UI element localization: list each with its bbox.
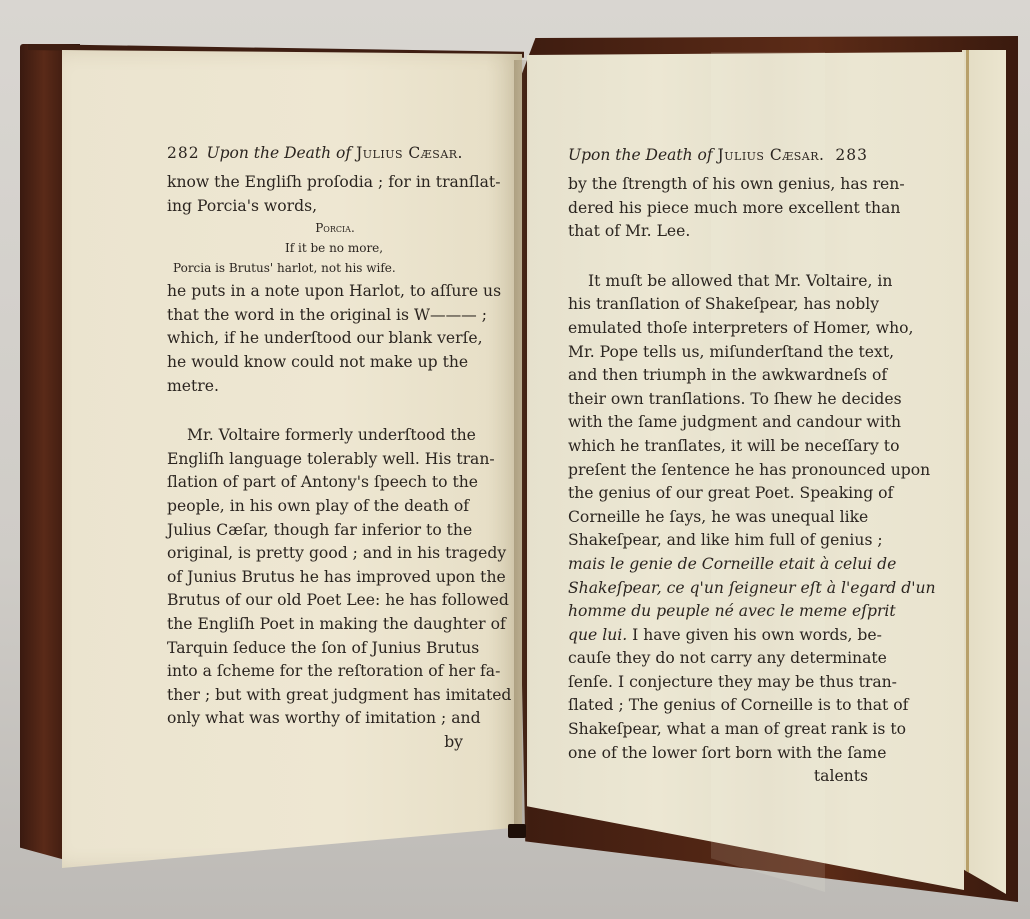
text-line: people, in his own play of the death of bbox=[167, 495, 463, 519]
left-running-head: 282 Upon the Death of Julius Cæsar. bbox=[167, 143, 463, 163]
text-line: dered his piece much more excellent than bbox=[568, 197, 868, 221]
french-quote-end: que lui. bbox=[568, 626, 627, 644]
text-line: of Junius Brutus he has improved upon th… bbox=[167, 566, 463, 590]
text-line: Mr. Pope tells us, miſunderſtand the tex… bbox=[568, 341, 868, 365]
text-line: ing Porcia's words, bbox=[167, 195, 463, 219]
text-line: the genius of our great Poet. Speaking o… bbox=[568, 482, 868, 506]
running-head-caps: Julius Cæsar. bbox=[356, 144, 463, 162]
text-line: emulated thoſe interpreters of Homer, wh… bbox=[568, 317, 868, 341]
text-line: his tranſlation of Shakeſpear, has nobly bbox=[568, 293, 868, 317]
text-line: preſent the ſentence he has pronounced u… bbox=[568, 459, 868, 483]
text-line: he would know could not make up the bbox=[167, 351, 463, 375]
text-line: ſenſe. I conjecture they may be thus tra… bbox=[568, 671, 868, 695]
text-line: que lui. I have given his own words, be- bbox=[568, 624, 868, 648]
text-line: know the Engliſh proſodia ; for in tranſ… bbox=[167, 171, 463, 195]
text-line: he puts in a note upon Harlot, to aſſure… bbox=[167, 280, 463, 304]
catchword: by bbox=[167, 731, 463, 755]
book-gutter bbox=[514, 60, 530, 830]
text-line: original, is pretty good ; and in his tr… bbox=[167, 542, 463, 566]
text-line: Shakeſpear, what a man of great rank is … bbox=[568, 718, 868, 742]
left-page-text: 282 Upon the Death of Julius Cæsar. know… bbox=[167, 143, 463, 754]
right-page-text: Upon the Death of Julius Cæsar. 283 by t… bbox=[568, 145, 868, 789]
french-quote-line: mais le genie de Corneille etait à celui… bbox=[568, 553, 868, 577]
text-line: and then triumph in the awkwardneſs of bbox=[568, 364, 868, 388]
right-running-head: Upon the Death of Julius Cæsar. 283 bbox=[568, 145, 868, 165]
french-quote-line: Shakeſpear, ce q'un ſeigneur eſt à l'ega… bbox=[568, 577, 868, 601]
page-number: 283 bbox=[835, 145, 868, 165]
text-line: only what was worthy of imitation ; and bbox=[167, 707, 463, 731]
text-line: ſlated ; The genius of Corneille is to t… bbox=[568, 694, 868, 718]
text-line: cauſe they do not carry any determinate bbox=[568, 647, 868, 671]
text-line: metre. bbox=[167, 375, 463, 399]
text-line: by the ſtrength of his own genius, has r… bbox=[568, 173, 868, 197]
text-line: the Engliſh Poet in making the daughter … bbox=[167, 613, 463, 637]
text-line: with the ſame judgment and candour with bbox=[568, 411, 868, 435]
text-line: Shakeſpear, and like him full of genius … bbox=[568, 529, 868, 553]
text-line: which, if he underſtood our blank verſe, bbox=[167, 327, 463, 351]
text-line: which he tranſlates, it will be neceſſar… bbox=[568, 435, 868, 459]
text-line: into a ſcheme for the reſtoration of her… bbox=[167, 660, 463, 684]
text-line: that the word in the original is W——— ; bbox=[167, 304, 463, 328]
quotation-verse: Porcia is Brutus' harlot, not his wife. bbox=[167, 258, 463, 278]
text-line: ſlation of part of Antony's ſpeech to th… bbox=[167, 471, 463, 495]
text-line: Julius Cæſar, though far inferior to the bbox=[167, 519, 463, 543]
quotation-speaker: Porcia. bbox=[207, 218, 463, 238]
text-line: their own tranſlations. To ſhew he decid… bbox=[568, 388, 868, 412]
quotation-verse: If it be no more, bbox=[167, 238, 463, 258]
text-line: that of Mr. Lee. bbox=[568, 220, 868, 244]
text-line: Brutus of our old Poet Lee: he has follo… bbox=[167, 589, 463, 613]
text-line: ther ; but with great judgment has imita… bbox=[167, 684, 463, 708]
text-line: It muſt be allowed that Mr. Voltaire, in bbox=[568, 270, 868, 294]
running-head-caps: Julius Cæsar. bbox=[718, 146, 825, 164]
page-number: 282 bbox=[167, 143, 200, 163]
catchword: talents bbox=[568, 765, 868, 789]
text-line: one of the lower ſort born with the ſame bbox=[568, 742, 868, 766]
photo-scene: 282 Upon the Death of Julius Cæsar. know… bbox=[0, 0, 1030, 919]
text-line: Engliſh language tolerably well. His tra… bbox=[167, 448, 463, 472]
text-line: Corneille he ſays, he was unequal like bbox=[568, 506, 868, 530]
text-line: Mr. Voltaire formerly underſtood the bbox=[167, 424, 463, 448]
running-head-italic: Upon the Death of bbox=[568, 146, 713, 164]
running-head-italic: Upon the Death of bbox=[207, 144, 352, 162]
french-quote-line: homme du peuple né avec le meme eſprit bbox=[568, 600, 868, 624]
spine-foot bbox=[508, 824, 526, 838]
page-block-edge bbox=[962, 50, 1006, 894]
text-continuation: I have given his own words, be- bbox=[627, 626, 882, 644]
text-line: Tarquin ſeduce the ſon of Junius Brutus bbox=[167, 637, 463, 661]
